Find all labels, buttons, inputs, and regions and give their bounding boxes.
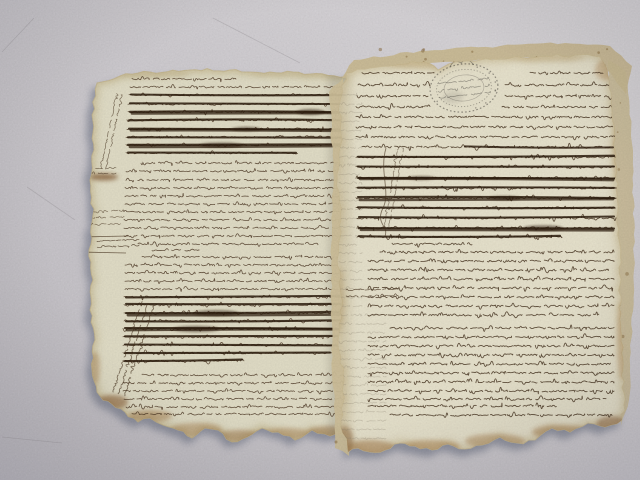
manuscript-photo <box>0 0 640 480</box>
scene-canvas <box>0 0 640 480</box>
corner-vignette <box>0 0 640 480</box>
photo-overlay <box>0 0 640 480</box>
